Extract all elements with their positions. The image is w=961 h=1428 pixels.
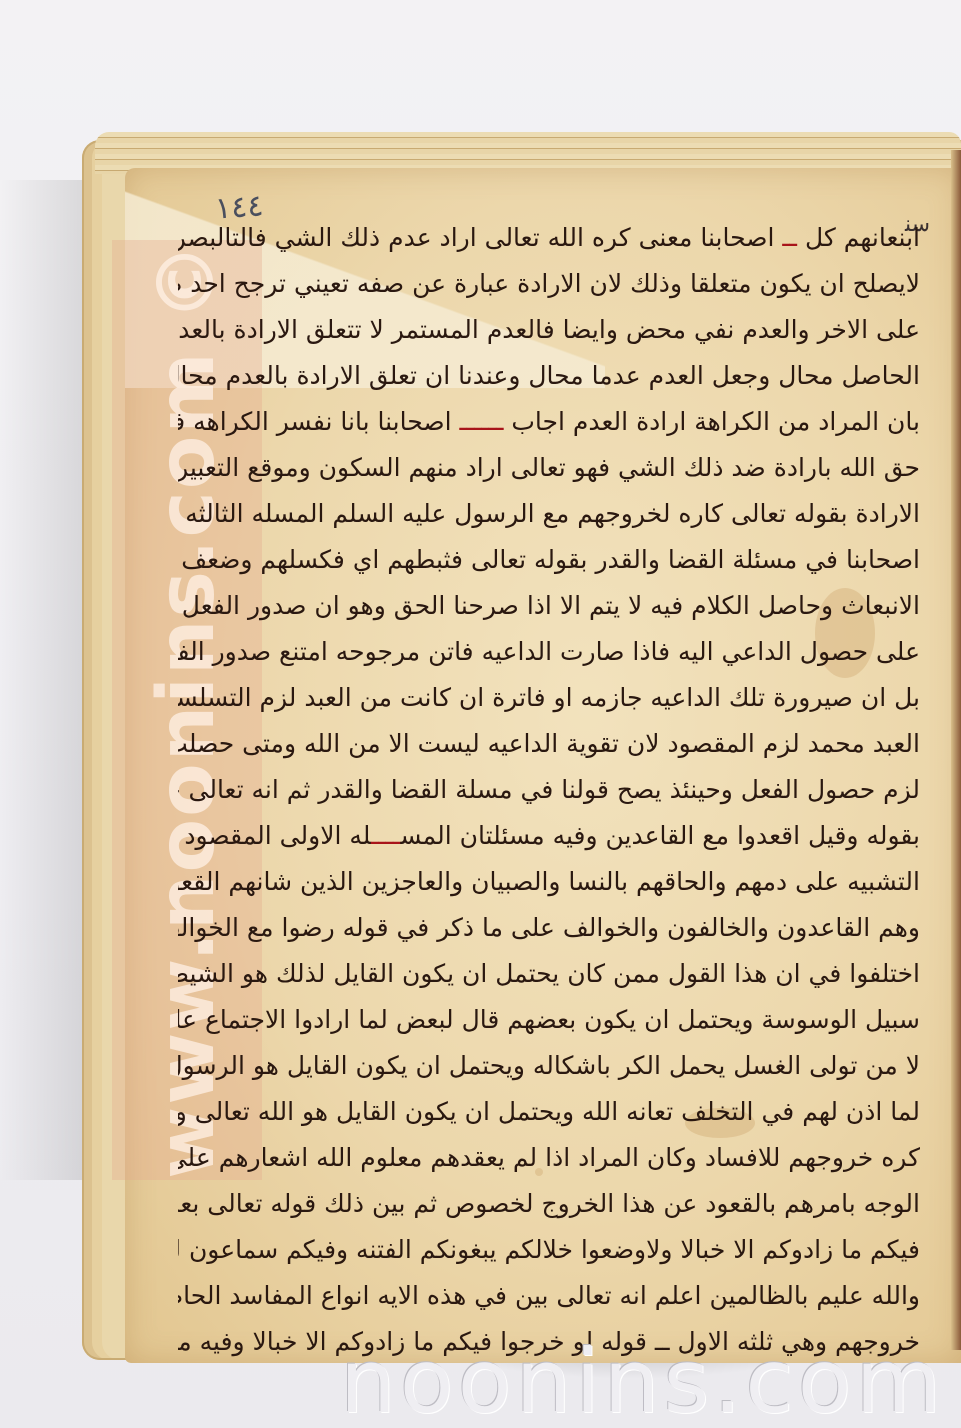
line-text: لايصلح ان يكون متعلقا وذلك لان الارادة ع…: [178, 269, 920, 298]
manuscript-line: لما اذن لهم في التخلف تعانه الله ويحتمل …: [178, 1089, 920, 1135]
manuscript-line: على الاخر والعدم نفي محض وايضا فالعدم ال…: [178, 307, 920, 353]
rubric-mark: ــ: [782, 223, 797, 252]
line-text: الانبعاث وحاصل الكلام فيه لا يتم الا اذا…: [178, 591, 920, 620]
line-text: وهم القاعدون والخالفون والخوالف على ما ذ…: [178, 913, 920, 942]
manuscript-line: وهم القاعدون والخالفون والخوالف على ما ذ…: [178, 905, 920, 951]
line-text: التشبيه على دمهم والحاقهم بالنسا والصبيا…: [178, 867, 920, 896]
manuscript-line: الانبعاث وحاصل الكلام فيه لا يتم الا اذا…: [178, 583, 920, 629]
line-text: اصحابنا بانا نفسر الكراهه في: [178, 407, 460, 436]
line-text: فيكم ما زادوكم الا خبالا ولاوضعوا خلالكم…: [178, 1235, 920, 1264]
line-text: لا من تولى الغسل يحمل الكر باشكاله ويحتم…: [178, 1051, 920, 1080]
line-text: ابنعانهم كل: [797, 223, 920, 252]
line-text: بقوله وقيل اقعدوا مع القاعدين وفيه مسئلت…: [400, 821, 920, 850]
manuscript-line: حق الله بارادة ضد ذلك الشي فهو تعالى ارا…: [178, 445, 920, 491]
manuscript-text-block: ابنعانهم كل ــ اصحابنا معنى كره الله تعا…: [178, 215, 920, 1365]
line-text: بان المراد من الكراهة ارادة العدم اجاب: [503, 407, 920, 436]
page-right-edge: [951, 150, 961, 1350]
manuscript-line: ابنعانهم كل ــ اصحابنا معنى كره الله تعا…: [178, 215, 920, 261]
line-text: والله عليم بالظالمين اعلم انه تعالى بين …: [178, 1281, 920, 1310]
manuscript-line: التشبيه على دمهم والحاقهم بالنسا والصبيا…: [178, 859, 920, 905]
manuscript-line: اصحابنا في مسئلة القضا والقدر بقوله تعال…: [178, 537, 920, 583]
line-text: لما اذن لهم في التخلف تعانه الله ويحتمل …: [178, 1097, 920, 1126]
manuscript-line: بان المراد من الكراهة ارادة العدم اجاب ـ…: [178, 399, 920, 445]
rubric-mark: ــــ: [371, 821, 400, 850]
bottom-watermark: noonins.com: [340, 1330, 945, 1428]
line-text: بل ان صيرورة تلك الداعيه جازمه او فاترة …: [178, 683, 920, 712]
line-text: له الاولى المقصود منه: [178, 821, 371, 850]
line-text: الارادة بقوله تعالى كاره لخروجهم مع الرس…: [178, 499, 920, 528]
line-text: العبد محمد لزم المقصود لان تقوية الداعيه…: [178, 729, 920, 758]
line-text: لزم حصول الفعل وحينئذ يصح قولنا في مسلة …: [178, 775, 920, 804]
line-text: الحاصل محال وجعل العدم عدما محال وعندنا …: [178, 361, 920, 390]
manuscript-line: فيكم ما زادوكم الا خبالا ولاوضعوا خلالكم…: [178, 1227, 920, 1273]
manuscript-line: الارادة بقوله تعالى كاره لخروجهم مع الرس…: [178, 491, 920, 537]
line-text: كره خروجهم للافساد وكان المراد اذا لم يع…: [178, 1143, 920, 1172]
manuscript-line: بل ان صيرورة تلك الداعيه جازمه او فاترة …: [178, 675, 920, 721]
line-text: اصحابنا معنى كره الله تعالى اراد عدم ذلك…: [178, 223, 782, 252]
line-text: على الاخر والعدم نفي محض وايضا فالعدم ال…: [178, 315, 920, 344]
line-text: اختلفوا في ان هذا القول ممن كان يحتمل ان…: [178, 959, 920, 988]
manuscript-line: العبد محمد لزم المقصود لان تقوية الداعيه…: [178, 721, 920, 767]
manuscript-line: اختلفوا في ان هذا القول ممن كان يحتمل ان…: [178, 951, 920, 997]
manuscript-line: بقوله وقيل اقعدوا مع القاعدين وفيه مسئلت…: [178, 813, 920, 859]
rubric-mark: ــــــ: [460, 407, 504, 436]
manuscript-line: لا من تولى الغسل يحمل الكر باشكاله ويحتم…: [178, 1043, 920, 1089]
manuscript-line: سبيل الوسوسة ويحتمل ان يكون بعضهم قال لب…: [178, 997, 920, 1043]
line-text: سبيل الوسوسة ويحتمل ان يكون بعضهم قال لب…: [178, 1005, 920, 1034]
manuscript-line: الحاصل محال وجعل العدم عدما محال وعندنا …: [178, 353, 920, 399]
line-text: اصحابنا في مسئلة القضا والقدر بقوله تعال…: [178, 545, 920, 574]
manuscript-line: كره خروجهم للافساد وكان المراد اذا لم يع…: [178, 1135, 920, 1181]
manuscript-line: لزم حصول الفعل وحينئذ يصح قولنا في مسلة …: [178, 767, 920, 813]
line-text: حق الله بارادة ضد ذلك الشي فهو تعالى ارا…: [178, 453, 920, 482]
manuscript-line: على حصول الداعي اليه فاذا صارت الداعيه ف…: [178, 629, 920, 675]
line-text: الوجه بامرهم بالقعود عن هذا الخروج لخصوص…: [178, 1189, 920, 1218]
line-text: على حصول الداعي اليه فاذا صارت الداعيه ف…: [178, 637, 920, 666]
manuscript-line: الوجه بامرهم بالقعود عن هذا الخروج لخصوص…: [178, 1181, 920, 1227]
manuscript-line: والله عليم بالظالمين اعلم انه تعالى بين …: [178, 1273, 920, 1319]
manuscript-line: لايصلح ان يكون متعلقا وذلك لان الارادة ع…: [178, 261, 920, 307]
